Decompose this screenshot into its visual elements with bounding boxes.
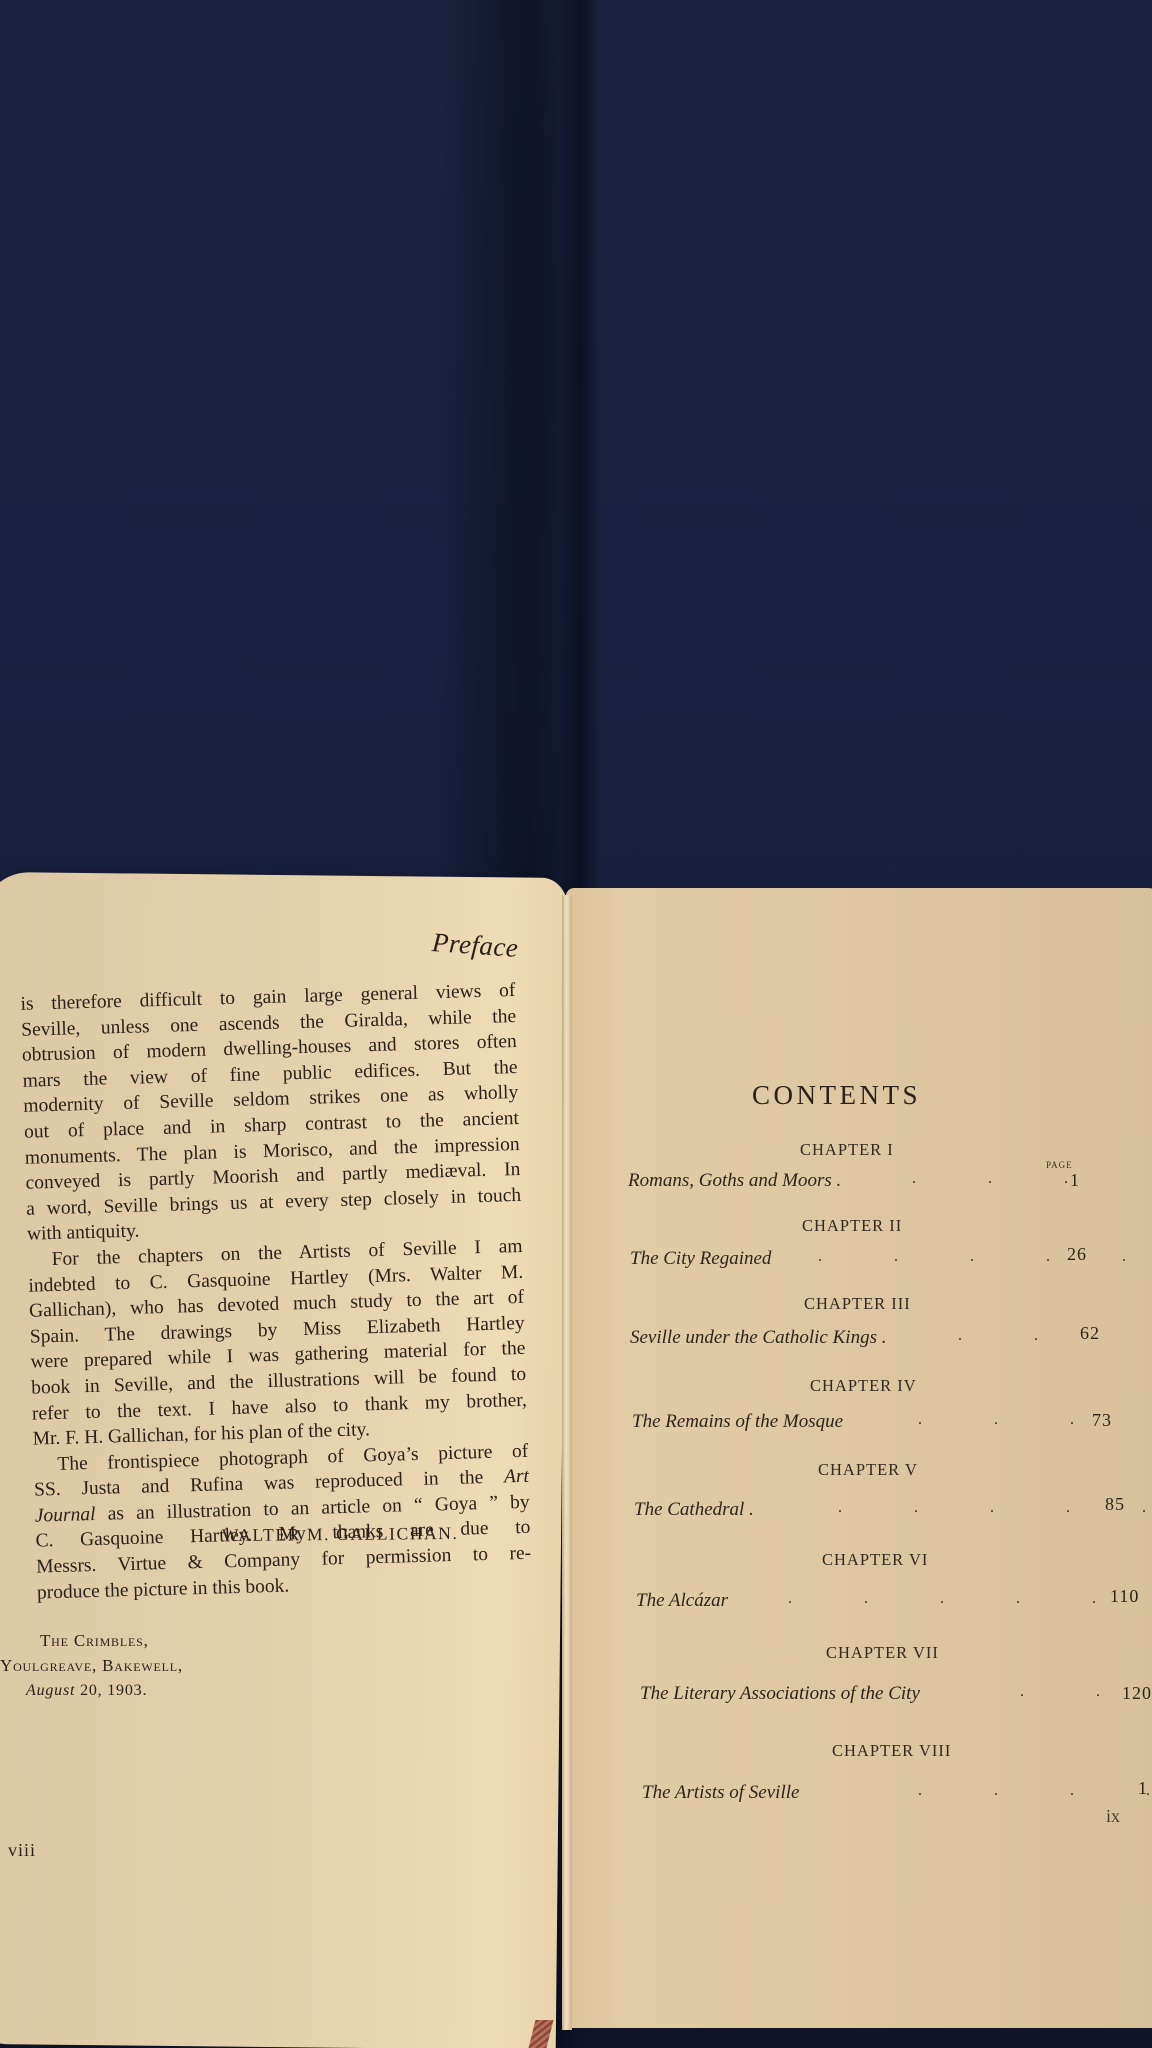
toc-leader-dots: . . . . . xyxy=(818,1248,1152,1266)
toc-entry-title: The Cathedral . xyxy=(634,1499,754,1521)
toc-leader-dots: . . xyxy=(1020,1683,1134,1701)
toc-entry-title: The City Regained xyxy=(630,1248,771,1270)
page-number-right: ix xyxy=(1106,1806,1120,1827)
toc-page-number: 62 xyxy=(1080,1323,1100,1344)
toc-leader-dots: . . xyxy=(958,1327,1072,1345)
toc-page-number: 1 xyxy=(1070,1170,1080,1191)
toc-page-number: 85 xyxy=(1105,1494,1125,1515)
chapter-heading: CHAPTER VI xyxy=(822,1550,928,1570)
toc-page-number: 26 xyxy=(1067,1244,1087,1265)
toc-leader-dots: . . . . . . xyxy=(788,1590,1152,1608)
toc-entry-title: The Literary Associations of the City xyxy=(640,1683,920,1705)
toc-page-number: 1 xyxy=(1138,1778,1148,1799)
chapter-heading: CHAPTER IV xyxy=(810,1376,917,1396)
toc-page-number: 120 xyxy=(1122,1683,1152,1704)
toc-entry-title: Romans, Goths and Moors . xyxy=(628,1170,841,1192)
chapter-heading: CHAPTER VIII xyxy=(832,1741,951,1761)
toc-entry-title: The Remains of the Mosque xyxy=(632,1411,843,1433)
toc-leader-dots: . . . xyxy=(918,1411,1108,1429)
right-page-text-layer: CONTENTS CHAPTER I PAGE Romans, Goths an… xyxy=(0,0,1152,2048)
page-column-label: PAGE xyxy=(1046,1160,1073,1170)
chapter-heading: CHAPTER III xyxy=(804,1294,911,1314)
contents-title: CONTENTS xyxy=(752,1080,921,1111)
toc-leader-dots: . . . . xyxy=(918,1782,1152,1800)
chapter-heading: CHAPTER I xyxy=(800,1140,894,1160)
toc-page-number: 110 xyxy=(1110,1586,1139,1607)
chapter-heading: CHAPTER V xyxy=(818,1460,918,1480)
toc-entry-title: The Artists of Seville xyxy=(642,1782,799,1804)
chapter-heading: CHAPTER VII xyxy=(826,1643,939,1663)
chapter-heading: CHAPTER II xyxy=(802,1216,902,1236)
toc-page-number: 73 xyxy=(1092,1410,1112,1431)
toc-entry-title: Seville under the Catholic Kings . xyxy=(630,1327,886,1349)
toc-entry-title: The Alcázar xyxy=(636,1590,728,1612)
